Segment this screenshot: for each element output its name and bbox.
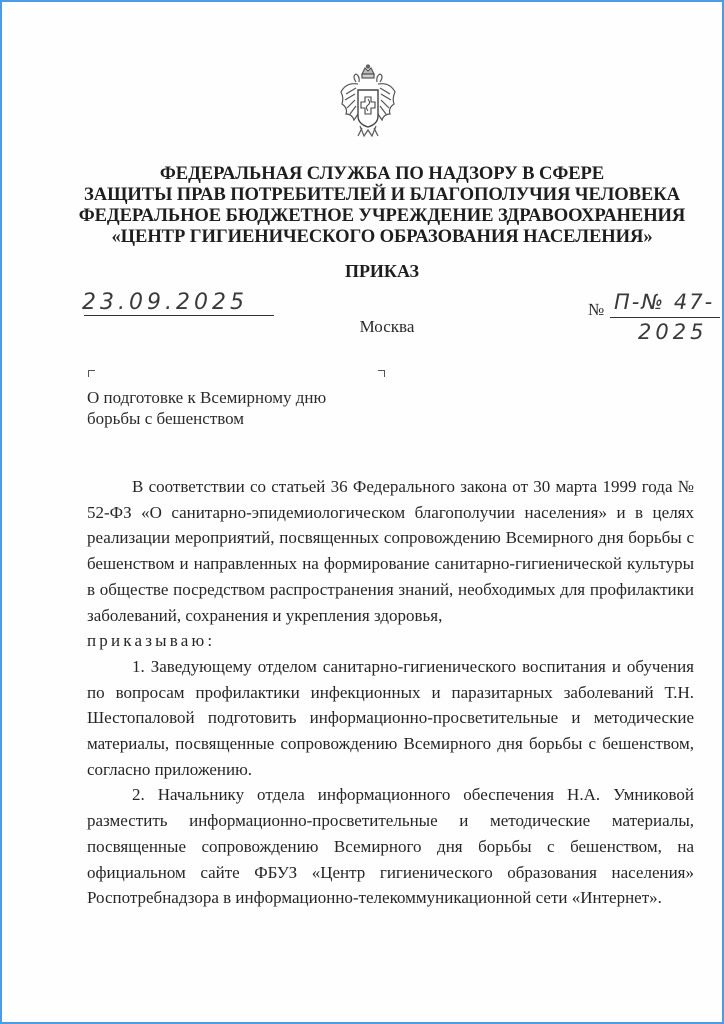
handwritten-number-year: 2025 — [638, 320, 707, 344]
org-line: ФЕДЕРАЛЬНАЯ СЛУЖБА ПО НАДЗОРУ В СФЕРЕ — [62, 163, 702, 184]
org-line: ФЕДЕРАЛЬНОЕ БЮДЖЕТНОЕ УЧРЕЖДЕНИЕ ЗДРАВОО… — [62, 205, 702, 226]
subject-line: О подготовке к Всемирному дню — [87, 387, 326, 408]
corner-mark-right — [378, 370, 385, 377]
handwritten-date: 23.09.2025 — [82, 290, 248, 315]
number-underline — [610, 317, 720, 318]
subject-line: борьбы с бешенством — [87, 408, 326, 429]
corner-mark-left — [88, 370, 95, 377]
preamble-paragraph: В соответствии со статьей 36 Федеральног… — [87, 474, 694, 628]
order-word: приказываю: — [87, 628, 694, 654]
order-item-1: 1. Заведующему отделом санитарно-гигиени… — [87, 654, 694, 783]
document-page: ФЕДЕРАЛЬНАЯ СЛУЖБА ПО НАДЗОРУ В СФЕРЕ ЗА… — [0, 0, 724, 1024]
emblem-icon — [338, 64, 398, 144]
city-label: Москва — [2, 317, 724, 337]
organization-header: ФЕДЕРАЛЬНАЯ СЛУЖБА ПО НАДЗОРУ В СФЕРЕ ЗА… — [62, 163, 702, 247]
document-type-title: ПРИКАЗ — [2, 261, 724, 282]
org-line: «ЦЕНТР ГИГИЕНИЧЕСКОГО ОБРАЗОВАНИЯ НАСЕЛЕ… — [62, 226, 702, 247]
handwritten-number: П-№ 47- — [614, 290, 714, 314]
number-sign: № — [588, 300, 604, 320]
document-body: В соответствии со статьей 36 Федеральног… — [87, 474, 694, 911]
order-item-2: 2. Начальнику отдела информационного обе… — [87, 782, 694, 911]
document-subject: О подготовке к Всемирному дню борьбы с б… — [87, 387, 326, 429]
date-underline — [84, 315, 274, 316]
org-line: ЗАЩИТЫ ПРАВ ПОТРЕБИТЕЛЕЙ И БЛАГОПОЛУЧИЯ … — [62, 184, 702, 205]
